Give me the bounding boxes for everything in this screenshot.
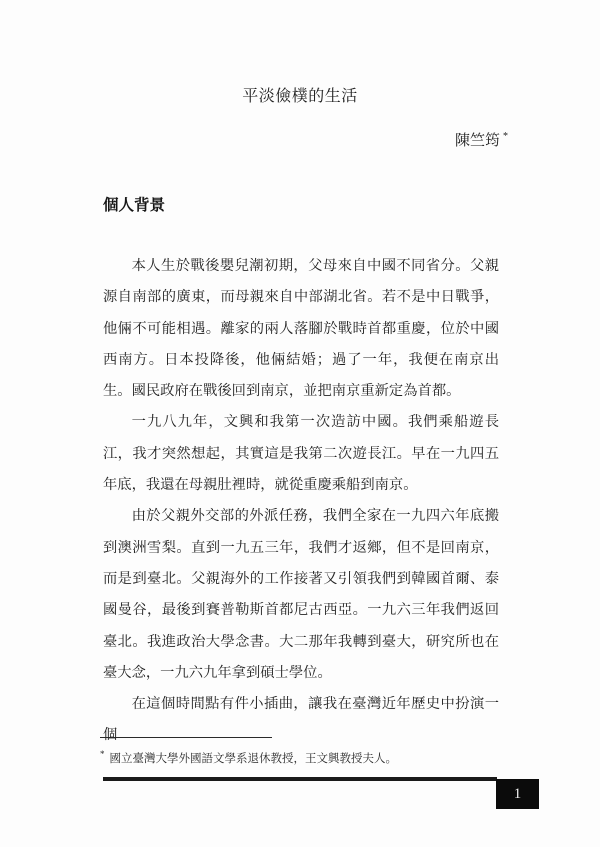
paragraph-2: 一九八九年，文興和我第一次造訪中國。我們乘船遊長江，我才突然想起，其實這是我第二… — [103, 407, 499, 501]
author-line: 陳竺筠* — [455, 129, 508, 150]
footnote-marker: * — [100, 749, 105, 759]
document-title: 平淡儉樸的生活 — [0, 83, 600, 106]
page-number-box: 1 — [496, 779, 539, 809]
page-number: 1 — [514, 786, 522, 803]
footnote-text: 國立臺灣大學外國語文學系退休教授，王文興教授夫人。 — [110, 753, 398, 765]
document-page: 平淡儉樸的生活 陳竺筠* 個人背景 本人生於戰後嬰兒潮初期，父母來自中國不同省分… — [0, 0, 600, 847]
footnote-separator — [100, 737, 272, 738]
author-name: 陳竺筠 — [455, 133, 500, 149]
paragraph-1: 本人生於戰後嬰兒潮初期，父母來自中國不同省分。父親源自南部的廣東，而母親來自中部… — [103, 251, 499, 407]
paragraph-4: 在這個時間點有件小插曲，讓我在臺灣近年歷史中扮演一個 — [103, 689, 499, 752]
section-heading: 個人背景 — [103, 193, 165, 215]
author-footnote-marker: * — [503, 131, 508, 142]
body-text: 本人生於戰後嬰兒潮初期，父母來自中國不同省分。父親源自南部的廣東，而母親來自中部… — [103, 251, 499, 752]
footnote: *國立臺灣大學外國語文學系退休教授，王文興教授夫人。 — [100, 746, 500, 767]
footer-rule — [103, 777, 497, 781]
paragraph-3: 由於父親外交部的外派任務，我們全家在一九四六年底搬到澳洲雪梨。直到一九五三年，我… — [103, 501, 499, 689]
